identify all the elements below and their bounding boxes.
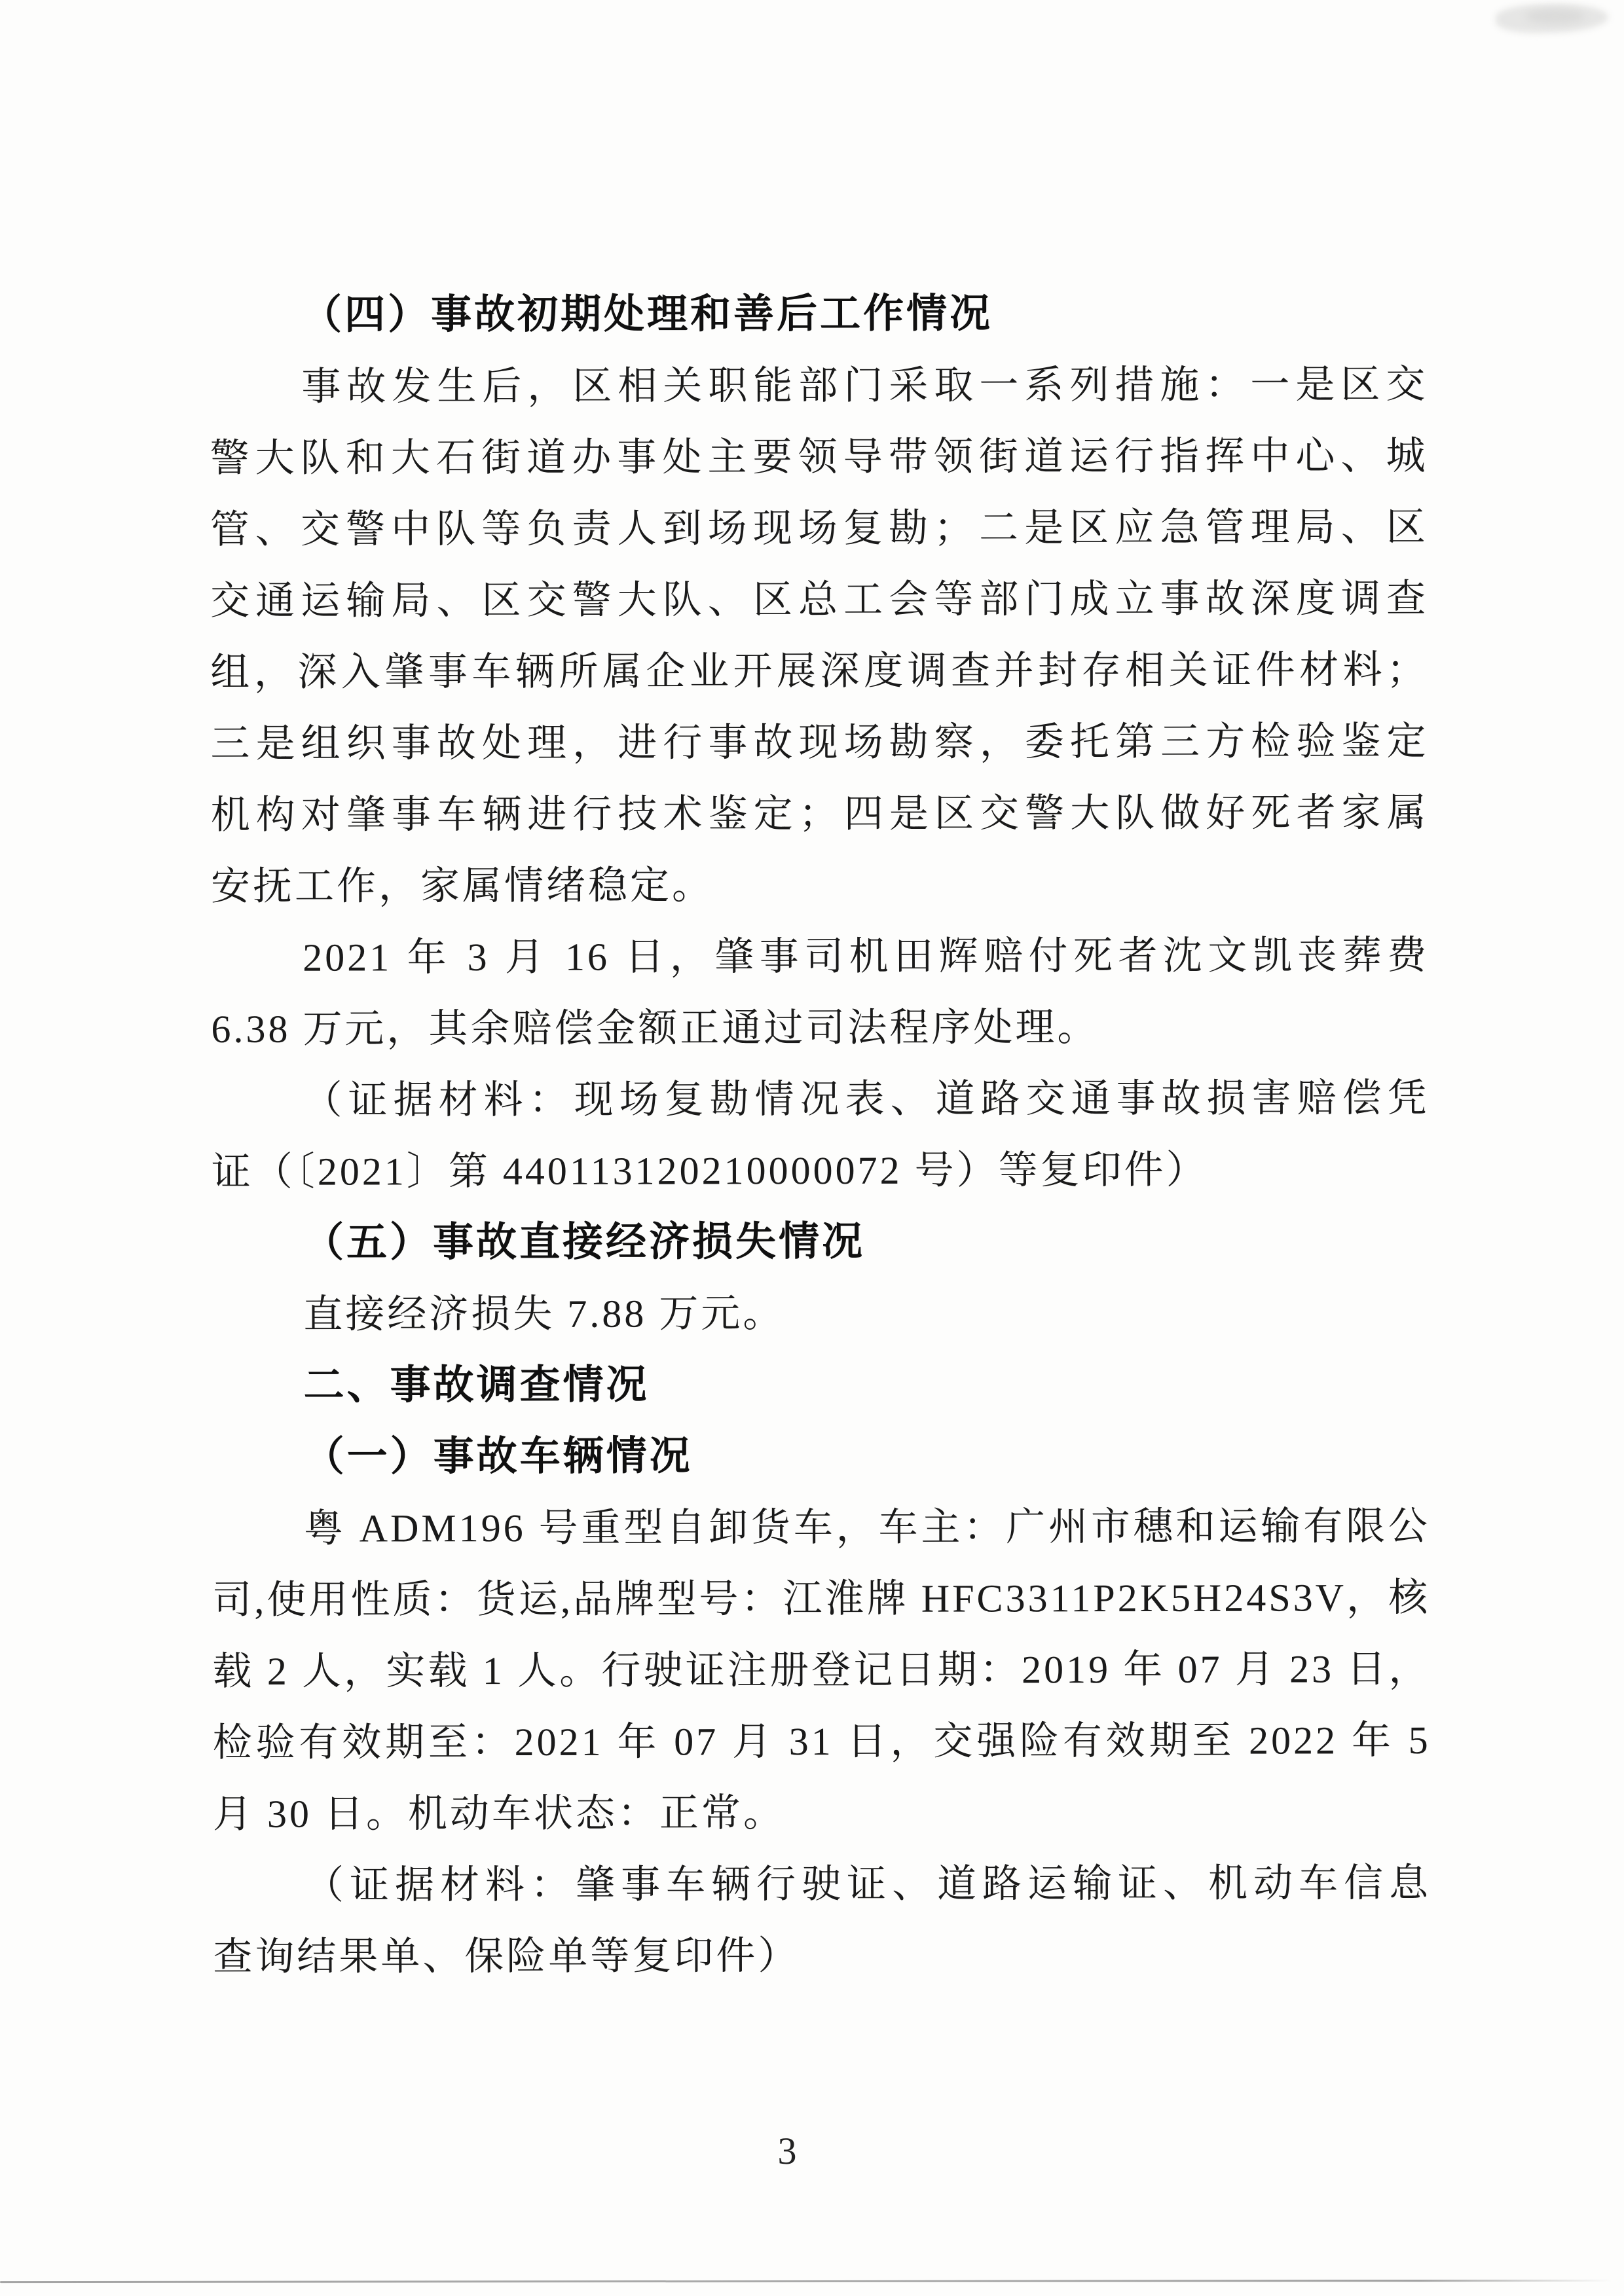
section-heading: （五）事故直接经济损失情况 [212,1205,1430,1279]
text-block: （四）事故初期处理和善后工作情况事故发生后，区相关职能部门采取一系列措施：一是区… [210,278,1431,1993]
text-line: 粤 ADM196 号重型自卸货车，车主：广州市穗和运输有限公 [212,1491,1430,1565]
text-line: 直接经济损失 7.88 万元。 [212,1277,1430,1351]
text-line: 组，深入肇事车辆所属企业开展深度调查并封存相关证件材料； [210,634,1428,708]
page-number: 3 [0,2129,1599,2173]
text-line: 事故发生后，区相关职能部门采取一系列措施：一是区交 [210,349,1428,423]
text-line: 警大队和大石街道办事处主要领导带领街道运行指挥中心、城 [210,420,1428,494]
text-line: 三是组织事故处理，进行事故现场勘察，委托第三方检验鉴定 [210,706,1428,780]
text-line: 司,使用性质：货运,品牌型号：江淮牌 HFC3311P2K5H24S3V，核 [212,1562,1430,1636]
scanned-document-page: （四）事故初期处理和善后工作情况事故发生后，区相关职能部门采取一系列措施：一是区… [0,0,1624,2296]
text-line: 管、交警中队等负责人到场现场复勘；二是区应急管理局、区 [210,492,1428,566]
scan-smudge-artifact [1526,9,1585,24]
text-line: 检验有效期至：2021 年 07 月 31 日，交强险有效期至 2022 年 5 [213,1705,1431,1779]
text-line: 载 2 人，实载 1 人。行驶证注册登记日期：2019 年 07 月 23 日， [212,1633,1430,1707]
text-line: （证据材料：肇事车辆行驶证、道路运输证、机动车信息 [213,1848,1431,1922]
section-heading: 二、事故调查情况 [212,1348,1430,1422]
section-heading: （一）事故车辆情况 [212,1419,1430,1493]
scan-line-artifact [0,2280,1612,2283]
text-line: 安抚工作，家属情绪稳定。 [211,848,1429,922]
text-line: 月 30 日。机动车状态：正常。 [213,1776,1431,1850]
text-line: 2021 年 3 月 16 日，肇事司机田辉赔付死者沈文凯丧葬费 [211,920,1429,994]
text-line: （证据材料：现场复勘情况表、道路交通事故损害赔偿凭 [212,1063,1430,1137]
text-line: 6.38 万元，其余赔偿金额正通过司法程序处理。 [211,991,1429,1065]
section-heading: （四）事故初期处理和善后工作情况 [210,278,1428,352]
text-line: 机构对肇事车辆进行技术鉴定；四是区交警大队做好死者家属 [211,777,1429,851]
text-line: 交通运输局、区交警大队、区总工会等部门成立事故深度调查 [210,563,1428,637]
text-line: 查询结果单、保险单等复印件） [213,1919,1431,1993]
text-line: 证（〔2021〕第 440113120210000072 号）等复印件） [212,1134,1430,1208]
